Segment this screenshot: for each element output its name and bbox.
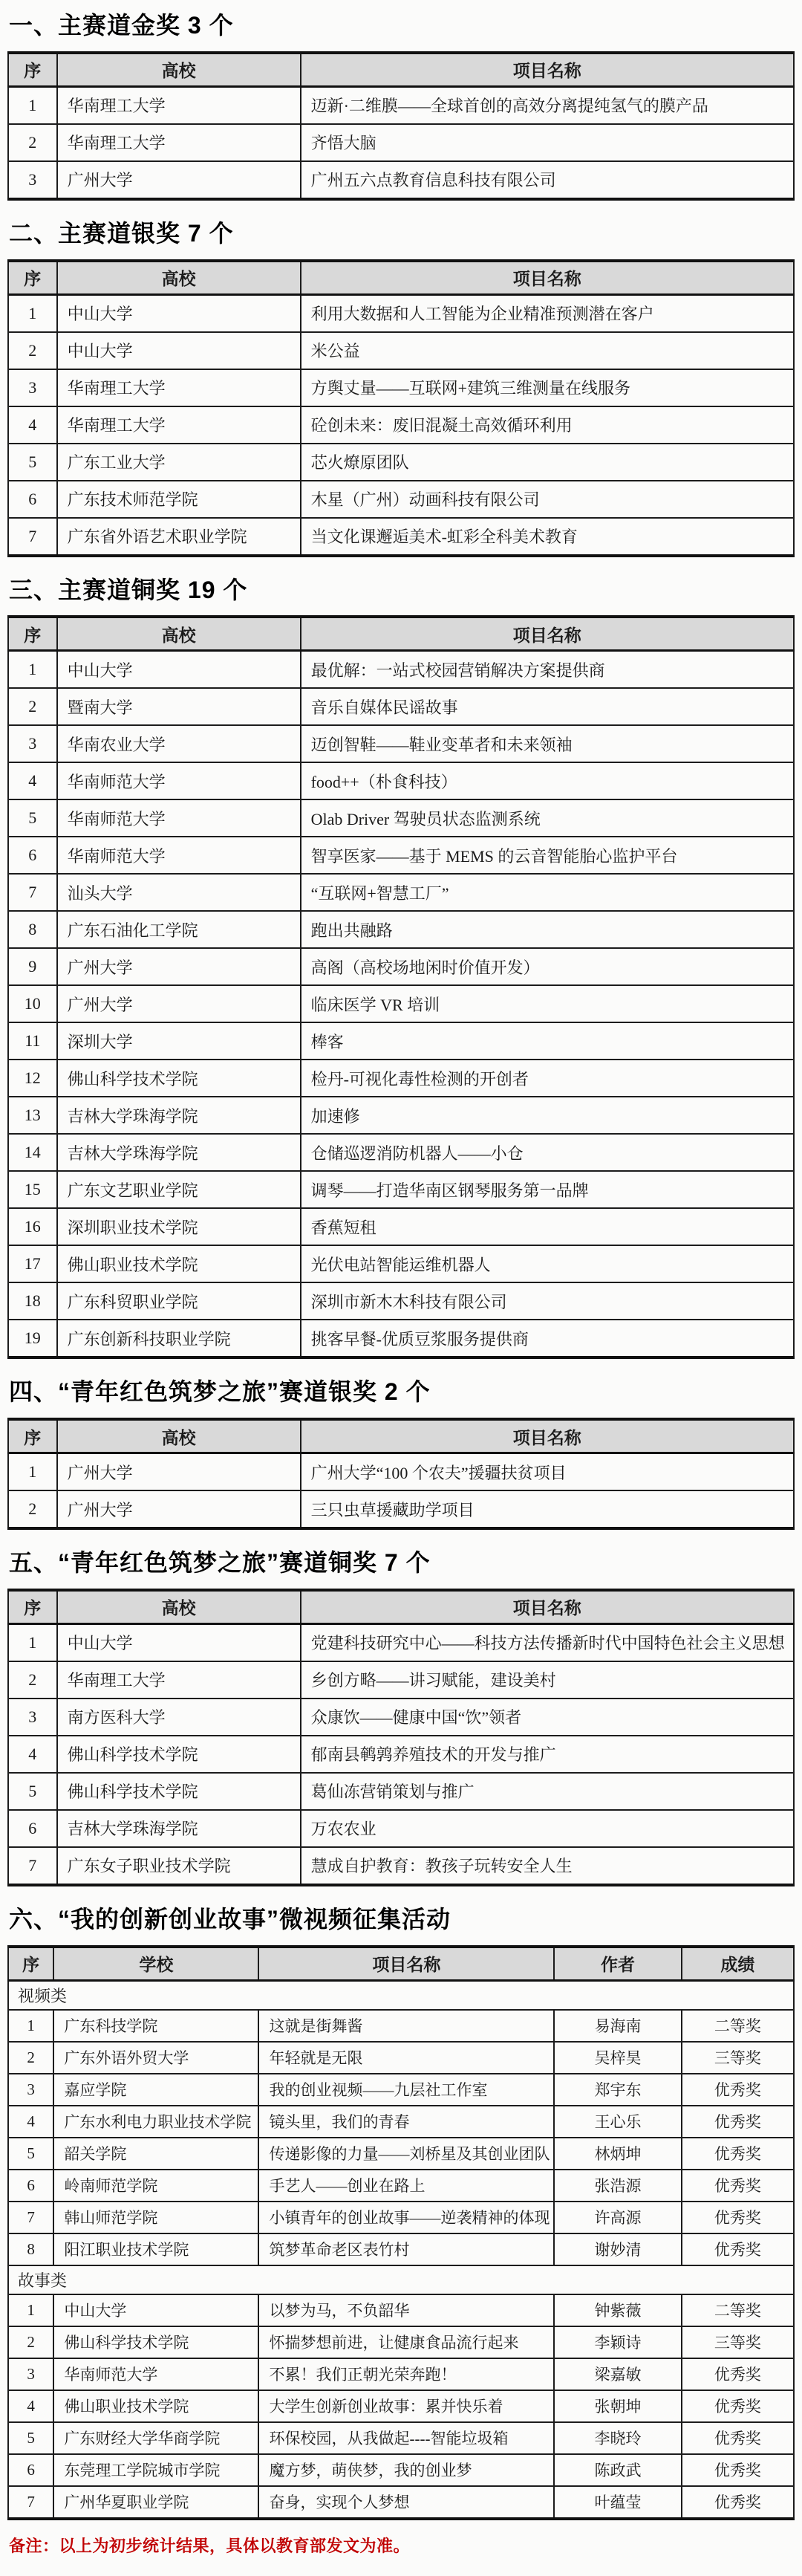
project-cell: 葛仙冻营销策划与推广 (301, 1773, 794, 1810)
school-cell: 佛山职业技术学院 (57, 1245, 301, 1282)
column-header: 项目名称 (301, 1590, 794, 1624)
school-cell: 汕头大学 (57, 874, 301, 911)
award-cell: 三等奖 (682, 2326, 794, 2358)
index-cell: 3 (8, 2074, 53, 2106)
category-label: 故事类 (8, 2265, 794, 2294)
table-row: 4广东水利电力职业技术学院镜头里，我们的青春王心乐优秀奖 (8, 2106, 794, 2138)
award-cell: 优秀奖 (682, 2202, 794, 2233)
school-cell: 佛山科学技术学院 (57, 1773, 301, 1810)
school-cell: 吉林大学珠海学院 (57, 1134, 301, 1171)
project-cell: 魔方梦，萌侠梦，我的创业梦 (258, 2454, 554, 2486)
author-cell: 钟紫薇 (554, 2294, 681, 2326)
project-cell: 光伏电站智能运维机器人 (301, 1245, 794, 1282)
school-cell: 深圳职业技术学院 (57, 1208, 301, 1245)
table-body: 视频类1广东科技学院这就是街舞酱易海南二等奖2广东外语外贸大学年轻就是无限吴梓昊… (8, 1980, 794, 2519)
index-cell: 3 (8, 1699, 57, 1736)
index-cell: 8 (8, 911, 57, 948)
author-cell: 王心乐 (554, 2106, 681, 2138)
award-cell: 优秀奖 (682, 2138, 794, 2170)
school-cell: 暨南大学 (57, 688, 301, 725)
column-header: 序 (8, 1590, 57, 1624)
school-cell: 嘉应学院 (53, 2074, 258, 2106)
project-cell: 怀揣梦想前进，让健康食品流行起来 (258, 2326, 554, 2358)
school-cell: 中山大学 (57, 294, 301, 332)
index-cell: 3 (8, 725, 57, 762)
index-cell: 11 (8, 1022, 57, 1060)
school-cell: 华南师范大学 (57, 762, 301, 799)
column-header: 高校 (57, 617, 301, 651)
index-cell: 14 (8, 1134, 57, 1171)
school-cell: 华南理工大学 (57, 1661, 301, 1699)
index-cell: 1 (8, 2010, 53, 2042)
project-cell: 筑梦革命老区表竹村 (258, 2233, 554, 2265)
index-cell: 3 (8, 161, 57, 199)
award-cell: 优秀奖 (682, 2390, 794, 2422)
header-row: 序高校项目名称 (8, 1590, 794, 1624)
table-row: 6广东技术师范学院木星（广州）动画科技有限公司 (8, 481, 794, 518)
index-cell: 7 (8, 2486, 53, 2519)
table-row: 6东莞理工学院城市学院魔方梦，萌侠梦，我的创业梦陈政武优秀奖 (8, 2454, 794, 2486)
project-cell: 我的创业视频——九层社工作室 (258, 2074, 554, 2106)
award-cell: 二等奖 (682, 2294, 794, 2326)
school-cell: 广州大学 (57, 985, 301, 1022)
author-cell: 易海南 (554, 2010, 681, 2042)
school-cell: 中山大学 (57, 651, 301, 689)
index-cell: 1 (8, 294, 57, 332)
award-cell: 优秀奖 (682, 2486, 794, 2519)
table-row: 5韶关学院传递影像的力量——刘桥星及其创业团队林炳坤优秀奖 (8, 2138, 794, 2170)
project-cell: 迈创智鞋——鞋业变革者和未来领袖 (301, 725, 794, 762)
table-header: 序高校项目名称 (8, 261, 794, 295)
project-cell: 砼创未来：废旧混凝土高效循环利用 (301, 406, 794, 444)
index-cell: 1 (8, 2294, 53, 2326)
header-row: 序高校项目名称 (8, 617, 794, 651)
school-cell: 广东科技学院 (53, 2010, 258, 2042)
project-cell: 调琴——打造华南区钢琴服务第一品牌 (301, 1171, 794, 1208)
footnote: 备注：以上为初步统计结果，具体以教育部发文为准。 (9, 2534, 795, 2557)
project-cell: 挑客早餐-优质豆浆服务提供商 (301, 1320, 794, 1357)
table-row: 7广东省外语艺术职业学院当文化课邂逅美术-虹彩全科美术教育 (8, 518, 794, 556)
section-2: 二、主赛道银奖 7 个序高校项目名称1中山大学利用大数据和人工智能为企业精准预测… (7, 220, 795, 557)
school-cell: 南方医科大学 (57, 1699, 301, 1736)
table-row: 2华南理工大学乡创方略——讲习赋能，建设美村 (8, 1661, 794, 1699)
table-row: 11深圳大学棒客 (8, 1022, 794, 1060)
award-cell: 优秀奖 (682, 2422, 794, 2454)
school-cell: 中山大学 (57, 332, 301, 369)
table-header: 序高校项目名称 (8, 53, 794, 87)
project-cell: 深圳市新木木科技有限公司 (301, 1282, 794, 1320)
section-1: 一、主赛道金奖 3 个序高校项目名称1华南理工大学迈新·二维膜——全球首创的高效… (7, 12, 795, 201)
school-cell: 广东工业大学 (57, 444, 301, 481)
index-cell: 15 (8, 1171, 57, 1208)
project-cell: 棒客 (301, 1022, 794, 1060)
school-cell: 广东财经大学华商学院 (53, 2422, 258, 2454)
section-3: 三、主赛道铜奖 19 个序高校项目名称1中山大学最优解：一站式校园营销解决方案提… (7, 577, 795, 1360)
project-cell: 以梦为马，不负韶华 (258, 2294, 554, 2326)
table-row: 8阳江职业技术学院筑梦革命老区表竹村谢妙清优秀奖 (8, 2233, 794, 2265)
index-cell: 5 (8, 2422, 53, 2454)
project-cell: 不累！我们正朝光荣奔跑！ (258, 2358, 554, 2390)
school-cell: 广东创新科技职业学院 (57, 1320, 301, 1357)
project-cell: 方舆丈量——互联网+建筑三维测量在线服务 (301, 369, 794, 406)
project-cell: 当文化课邂逅美术-虹彩全科美术教育 (301, 518, 794, 556)
school-cell: 广州大学 (57, 948, 301, 985)
header-row: 序高校项目名称 (8, 53, 794, 87)
table-row: 2中山大学米公益 (8, 332, 794, 369)
project-cell: 仓储巡逻消防机器人——小仓 (301, 1134, 794, 1171)
column-header: 序 (8, 53, 57, 87)
column-header: 项目名称 (258, 1947, 554, 1981)
author-cell: 林炳坤 (554, 2138, 681, 2170)
project-cell: 木星（广州）动画科技有限公司 (301, 481, 794, 518)
section-6: 六、“我的创新创业故事”微视频征集活动序学校项目名称作者成绩视频类1广东科技学院… (7, 1906, 795, 2520)
project-cell: 迈新·二维膜——全球首创的高效分离提纯氢气的膜产品 (301, 86, 794, 124)
project-cell: 检丹-可视化毒性检测的开创者 (301, 1060, 794, 1097)
index-cell: 1 (8, 86, 57, 124)
school-cell: 中山大学 (57, 1623, 301, 1661)
column-header: 作者 (554, 1947, 681, 1981)
table-row: 2广东外语外贸大学年轻就是无限吴梓昊三等奖 (8, 2042, 794, 2074)
award-cell: 优秀奖 (682, 2358, 794, 2390)
author-cell: 谢妙清 (554, 2233, 681, 2265)
project-cell: 齐悟大脑 (301, 124, 794, 161)
index-cell: 6 (8, 2170, 53, 2202)
index-cell: 4 (8, 2390, 53, 2422)
column-header: 项目名称 (301, 53, 794, 87)
project-cell: 智享医家——基于 MEMS 的云音智能胎心监护平台 (301, 837, 794, 874)
school-cell: 广东科贸职业学院 (57, 1282, 301, 1320)
table-row: 3华南师范大学不累！我们正朝光荣奔跑！梁嘉敏优秀奖 (8, 2358, 794, 2390)
award-results-document: 一、主赛道金奖 3 个序高校项目名称1华南理工大学迈新·二维膜——全球首创的高效… (0, 0, 802, 2576)
author-cell: 叶蕴莹 (554, 2486, 681, 2519)
table-row: 13吉林大学珠海学院加速修 (8, 1097, 794, 1134)
section-title: 四、“青年红色筑梦之旅”赛道银奖 2 个 (9, 1378, 795, 1406)
column-header: 高校 (57, 1419, 301, 1453)
section-title: 二、主赛道银奖 7 个 (9, 220, 795, 247)
table-header: 序高校项目名称 (8, 1590, 794, 1624)
table-row: 3华南农业大学迈创智鞋——鞋业变革者和未来领袖 (8, 725, 794, 762)
table-row: 3嘉应学院我的创业视频——九层社工作室郑宇东优秀奖 (8, 2074, 794, 2106)
section-title: 六、“我的创新创业故事”微视频征集活动 (9, 1906, 795, 1933)
index-cell: 8 (8, 2233, 53, 2265)
section-title: 一、主赛道金奖 3 个 (9, 12, 795, 39)
award-cell: 二等奖 (682, 2010, 794, 2042)
index-cell: 2 (8, 1661, 57, 1699)
school-cell: 广州大学 (57, 161, 301, 199)
index-cell: 4 (8, 1736, 57, 1773)
school-cell: 广东文艺职业学院 (57, 1171, 301, 1208)
school-cell: 佛山职业技术学院 (53, 2390, 258, 2422)
table-body: 1中山大学利用大数据和人工智能为企业精准预测潜在客户2中山大学米公益3华南理工大… (8, 294, 794, 556)
category-row: 视频类 (8, 1980, 794, 2010)
award-cell: 优秀奖 (682, 2454, 794, 2486)
table-body: 1中山大学党建科技研究中心——科技方法传播新时代中国特色社会主义思想2华南理工大… (8, 1623, 794, 1885)
school-cell: 阳江职业技术学院 (53, 2233, 258, 2265)
author-cell: 梁嘉敏 (554, 2358, 681, 2390)
table-row: 2广州大学三只虫草援藏助学项目 (8, 1490, 794, 1528)
author-cell: 陈政武 (554, 2454, 681, 2486)
award-table: 序学校项目名称作者成绩视频类1广东科技学院这就是街舞酱易海南二等奖2广东外语外贸… (7, 1945, 795, 2520)
author-cell: 郑宇东 (554, 2074, 681, 2106)
section-title: 五、“青年红色筑梦之旅”赛道铜奖 7 个 (9, 1549, 795, 1577)
index-cell: 5 (8, 799, 57, 837)
index-cell: 6 (8, 481, 57, 518)
index-cell: 7 (8, 518, 57, 556)
index-cell: 2 (8, 124, 57, 161)
index-cell: 6 (8, 1810, 57, 1847)
school-cell: 华南师范大学 (57, 837, 301, 874)
table-row: 1华南理工大学迈新·二维膜——全球首创的高效分离提纯氢气的膜产品 (8, 86, 794, 124)
index-cell: 13 (8, 1097, 57, 1134)
table-row: 3广州大学广州五六点教育信息科技有限公司 (8, 161, 794, 199)
table-row: 18广东科贸职业学院深圳市新木木科技有限公司 (8, 1282, 794, 1320)
index-cell: 9 (8, 948, 57, 985)
project-cell: 乡创方略——讲习赋能，建设美村 (301, 1661, 794, 1699)
column-header: 项目名称 (301, 261, 794, 295)
author-cell: 许高源 (554, 2202, 681, 2233)
table-body: 1广州大学广州大学“100 个农夫”援疆扶贫项目2广州大学三只虫草援藏助学项目 (8, 1453, 794, 1529)
project-cell: 跑出共融路 (301, 911, 794, 948)
project-cell: 最优解：一站式校园营销解决方案提供商 (301, 651, 794, 689)
table-row: 3南方医科大学众康饮——健康中国“饮”领者 (8, 1699, 794, 1736)
table-row: 5佛山科学技术学院葛仙冻营销策划与推广 (8, 1773, 794, 1810)
column-header: 学校 (53, 1947, 258, 1981)
project-cell: 利用大数据和人工智能为企业精准预测潜在客户 (301, 294, 794, 332)
table-row: 2华南理工大学齐悟大脑 (8, 124, 794, 161)
header-row: 序学校项目名称作者成绩 (8, 1947, 794, 1981)
index-cell: 4 (8, 406, 57, 444)
table-row: 16深圳职业技术学院香蕉短租 (8, 1208, 794, 1245)
author-cell: 张朝坤 (554, 2390, 681, 2422)
section-5: 五、“青年红色筑梦之旅”赛道铜奖 7 个序高校项目名称1中山大学党建科技研究中心… (7, 1549, 795, 1886)
project-cell: 郁南县鹌鹑养殖技术的开发与推广 (301, 1736, 794, 1773)
school-cell: 吉林大学珠海学院 (57, 1810, 301, 1847)
school-cell: 华南理工大学 (57, 369, 301, 406)
table-row: 4华南师范大学food++（朴食科技） (8, 762, 794, 799)
table-row: 7汕头大学“互联网+智慧工厂” (8, 874, 794, 911)
sections-container: 一、主赛道金奖 3 个序高校项目名称1华南理工大学迈新·二维膜——全球首创的高效… (7, 12, 795, 2520)
project-cell: 年轻就是无限 (258, 2042, 554, 2074)
index-cell: 6 (8, 837, 57, 874)
table-row: 19广东创新科技职业学院挑客早餐-优质豆浆服务提供商 (8, 1320, 794, 1357)
column-header: 序 (8, 1419, 57, 1453)
index-cell: 2 (8, 2042, 53, 2074)
table-row: 1中山大学以梦为马，不负韶华钟紫薇二等奖 (8, 2294, 794, 2326)
table-row: 1中山大学党建科技研究中心——科技方法传播新时代中国特色社会主义思想 (8, 1623, 794, 1661)
table-header: 序高校项目名称 (8, 1419, 794, 1453)
table-row: 9广州大学高阁（高校场地闲时价值开发） (8, 948, 794, 985)
index-cell: 5 (8, 1773, 57, 1810)
school-cell: 华南师范大学 (57, 799, 301, 837)
project-cell: 三只虫草援藏助学项目 (301, 1490, 794, 1528)
index-cell: 2 (8, 688, 57, 725)
index-cell: 19 (8, 1320, 57, 1357)
column-header: 项目名称 (301, 1419, 794, 1453)
table-row: 5广东工业大学芯火燎原团队 (8, 444, 794, 481)
table-row: 3华南理工大学方舆丈量——互联网+建筑三维测量在线服务 (8, 369, 794, 406)
header-row: 序高校项目名称 (8, 261, 794, 295)
project-cell: 广州大学“100 个农夫”援疆扶贫项目 (301, 1453, 794, 1491)
table-row: 2佛山科学技术学院怀揣梦想前进，让健康食品流行起来李颖诗三等奖 (8, 2326, 794, 2358)
index-cell: 3 (8, 369, 57, 406)
project-cell: 高阁（高校场地闲时价值开发） (301, 948, 794, 985)
index-cell: 3 (8, 2358, 53, 2390)
school-cell: 广东技术师范学院 (57, 481, 301, 518)
table-row: 17佛山职业技术学院光伏电站智能运维机器人 (8, 1245, 794, 1282)
school-cell: 广州大学 (57, 1490, 301, 1528)
category-row: 故事类 (8, 2265, 794, 2294)
school-cell: 广州华夏职业学院 (53, 2486, 258, 2519)
project-cell: 众康饮——健康中国“饮”领者 (301, 1699, 794, 1736)
award-table: 序高校项目名称1中山大学党建科技研究中心——科技方法传播新时代中国特色社会主义思… (7, 1589, 795, 1886)
index-cell: 1 (8, 651, 57, 689)
school-cell: 东莞理工学院城市学院 (53, 2454, 258, 2486)
index-cell: 2 (8, 1490, 57, 1528)
section-title: 三、主赛道铜奖 19 个 (9, 577, 795, 604)
school-cell: 广东省外语艺术职业学院 (57, 518, 301, 556)
table-row: 10广州大学临床医学 VR 培训 (8, 985, 794, 1022)
project-cell: 米公益 (301, 332, 794, 369)
school-cell: 华南理工大学 (57, 406, 301, 444)
table-row: 2暨南大学音乐自媒体民谣故事 (8, 688, 794, 725)
school-cell: 韩山师范学院 (53, 2202, 258, 2233)
column-header: 成绩 (682, 1947, 794, 1981)
school-cell: 广州大学 (57, 1453, 301, 1491)
section-4: 四、“青年红色筑梦之旅”赛道银奖 2 个序高校项目名称1广州大学广州大学“100… (7, 1378, 795, 1530)
project-cell: 手艺人——创业在路上 (258, 2170, 554, 2202)
column-header: 高校 (57, 53, 301, 87)
table-header: 序学校项目名称作者成绩 (8, 1947, 794, 1981)
table-row: 4华南理工大学砼创未来：废旧混凝土高效循环利用 (8, 406, 794, 444)
index-cell: 18 (8, 1282, 57, 1320)
project-cell: 环保校园，从我做起----智能垃圾箱 (258, 2422, 554, 2454)
author-cell: 张浩源 (554, 2170, 681, 2202)
project-cell: 奋身，实现个人梦想 (258, 2486, 554, 2519)
project-cell: 音乐自媒体民谣故事 (301, 688, 794, 725)
project-cell: 慧成自护教育：教孩子玩转安全人生 (301, 1847, 794, 1885)
index-cell: 2 (8, 332, 57, 369)
table-row: 6岭南师范学院手艺人——创业在路上张浩源优秀奖 (8, 2170, 794, 2202)
award-table: 序高校项目名称1广州大学广州大学“100 个农夫”援疆扶贫项目2广州大学三只虫草… (7, 1418, 795, 1530)
table-row: 4佛山职业技术学院大学生创新创业故事：累并快乐着张朝坤优秀奖 (8, 2390, 794, 2422)
school-cell: 佛山科学技术学院 (53, 2326, 258, 2358)
school-cell: 华南理工大学 (57, 124, 301, 161)
index-cell: 1 (8, 1453, 57, 1491)
table-row: 7广州华夏职业学院奋身，实现个人梦想叶蕴莹优秀奖 (8, 2486, 794, 2519)
project-cell: 镜头里，我们的青春 (258, 2106, 554, 2138)
school-cell: 岭南师范学院 (53, 2170, 258, 2202)
category-label: 视频类 (8, 1980, 794, 2010)
column-header: 序 (8, 1947, 53, 1981)
school-cell: 华南农业大学 (57, 725, 301, 762)
table-row: 14吉林大学珠海学院仓储巡逻消防机器人——小仓 (8, 1134, 794, 1171)
table-row: 7广东女子职业技术学院慧成自护教育：教孩子玩转安全人生 (8, 1847, 794, 1885)
school-cell: 广东外语外贸大学 (53, 2042, 258, 2074)
award-cell: 三等奖 (682, 2042, 794, 2074)
school-cell: 广东石油化工学院 (57, 911, 301, 948)
award-table: 序高校项目名称1中山大学利用大数据和人工智能为企业精准预测潜在客户2中山大学米公… (7, 259, 795, 557)
index-cell: 16 (8, 1208, 57, 1245)
column-header: 项目名称 (301, 617, 794, 651)
school-cell: 佛山科学技术学院 (57, 1060, 301, 1097)
author-cell: 李晓玲 (554, 2422, 681, 2454)
table-row: 4佛山科学技术学院郁南县鹌鹑养殖技术的开发与推广 (8, 1736, 794, 1773)
project-cell: 广州五六点教育信息科技有限公司 (301, 161, 794, 199)
project-cell: 小镇青年的创业故事——逆袭精神的体现 (258, 2202, 554, 2233)
index-cell: 12 (8, 1060, 57, 1097)
table-row: 1广州大学广州大学“100 个农夫”援疆扶贫项目 (8, 1453, 794, 1491)
award-cell: 优秀奖 (682, 2074, 794, 2106)
school-cell: 广东水利电力职业技术学院 (53, 2106, 258, 2138)
author-cell: 李颖诗 (554, 2326, 681, 2358)
award-cell: 优秀奖 (682, 2233, 794, 2265)
school-cell: 佛山科学技术学院 (57, 1736, 301, 1773)
project-cell: 芯火燎原团队 (301, 444, 794, 481)
project-cell: 加速修 (301, 1097, 794, 1134)
index-cell: 5 (8, 444, 57, 481)
school-cell: 中山大学 (53, 2294, 258, 2326)
project-cell: 这就是街舞酱 (258, 2010, 554, 2042)
award-table: 序高校项目名称1中山大学最优解：一站式校园营销解决方案提供商2暨南大学音乐自媒体… (7, 615, 795, 1359)
index-cell: 1 (8, 1623, 57, 1661)
table-row: 6吉林大学珠海学院万农农业 (8, 1810, 794, 1847)
award-cell: 优秀奖 (682, 2106, 794, 2138)
table-body: 1中山大学最优解：一站式校园营销解决方案提供商2暨南大学音乐自媒体民谣故事3华南… (8, 651, 794, 1358)
project-cell: 党建科技研究中心——科技方法传播新时代中国特色社会主义思想 (301, 1623, 794, 1661)
table-row: 7韩山师范学院小镇青年的创业故事——逆袭精神的体现许高源优秀奖 (8, 2202, 794, 2233)
column-header: 高校 (57, 1590, 301, 1624)
column-header: 高校 (57, 261, 301, 295)
index-cell: 7 (8, 2202, 53, 2233)
project-cell: 传递影像的力量——刘桥星及其创业团队 (258, 2138, 554, 2170)
project-cell: 香蕉短租 (301, 1208, 794, 1245)
index-cell: 7 (8, 1847, 57, 1885)
column-header: 序 (8, 617, 57, 651)
project-cell: Olab Driver 驾驶员状态监测系统 (301, 799, 794, 837)
index-cell: 2 (8, 2326, 53, 2358)
table-row: 6华南师范大学智享医家——基于 MEMS 的云音智能胎心监护平台 (8, 837, 794, 874)
project-cell: 临床医学 VR 培训 (301, 985, 794, 1022)
index-cell: 4 (8, 762, 57, 799)
award-cell: 优秀奖 (682, 2170, 794, 2202)
index-cell: 4 (8, 2106, 53, 2138)
index-cell: 17 (8, 1245, 57, 1282)
table-body: 1华南理工大学迈新·二维膜——全球首创的高效分离提纯氢气的膜产品2华南理工大学齐… (8, 86, 794, 199)
table-row: 8广东石油化工学院跑出共融路 (8, 911, 794, 948)
project-cell: 大学生创新创业故事：累并快乐着 (258, 2390, 554, 2422)
header-row: 序高校项目名称 (8, 1419, 794, 1453)
table-row: 5广东财经大学华商学院环保校园，从我做起----智能垃圾箱李晓玲优秀奖 (8, 2422, 794, 2454)
school-cell: 华南师范大学 (53, 2358, 258, 2390)
school-cell: 广东女子职业技术学院 (57, 1847, 301, 1885)
table-row: 1广东科技学院这就是街舞酱易海南二等奖 (8, 2010, 794, 2042)
author-cell: 吴梓昊 (554, 2042, 681, 2074)
table-header: 序高校项目名称 (8, 617, 794, 651)
index-cell: 7 (8, 874, 57, 911)
school-cell: 深圳大学 (57, 1022, 301, 1060)
project-cell: food++（朴食科技） (301, 762, 794, 799)
table-row: 1中山大学最优解：一站式校园营销解决方案提供商 (8, 651, 794, 689)
school-cell: 吉林大学珠海学院 (57, 1097, 301, 1134)
project-cell: 万农农业 (301, 1810, 794, 1847)
table-row: 1中山大学利用大数据和人工智能为企业精准预测潜在客户 (8, 294, 794, 332)
table-row: 15广东文艺职业学院调琴——打造华南区钢琴服务第一品牌 (8, 1171, 794, 1208)
index-cell: 5 (8, 2138, 53, 2170)
school-cell: 华南理工大学 (57, 86, 301, 124)
table-row: 12佛山科学技术学院检丹-可视化毒性检测的开创者 (8, 1060, 794, 1097)
school-cell: 韶关学院 (53, 2138, 258, 2170)
index-cell: 6 (8, 2454, 53, 2486)
